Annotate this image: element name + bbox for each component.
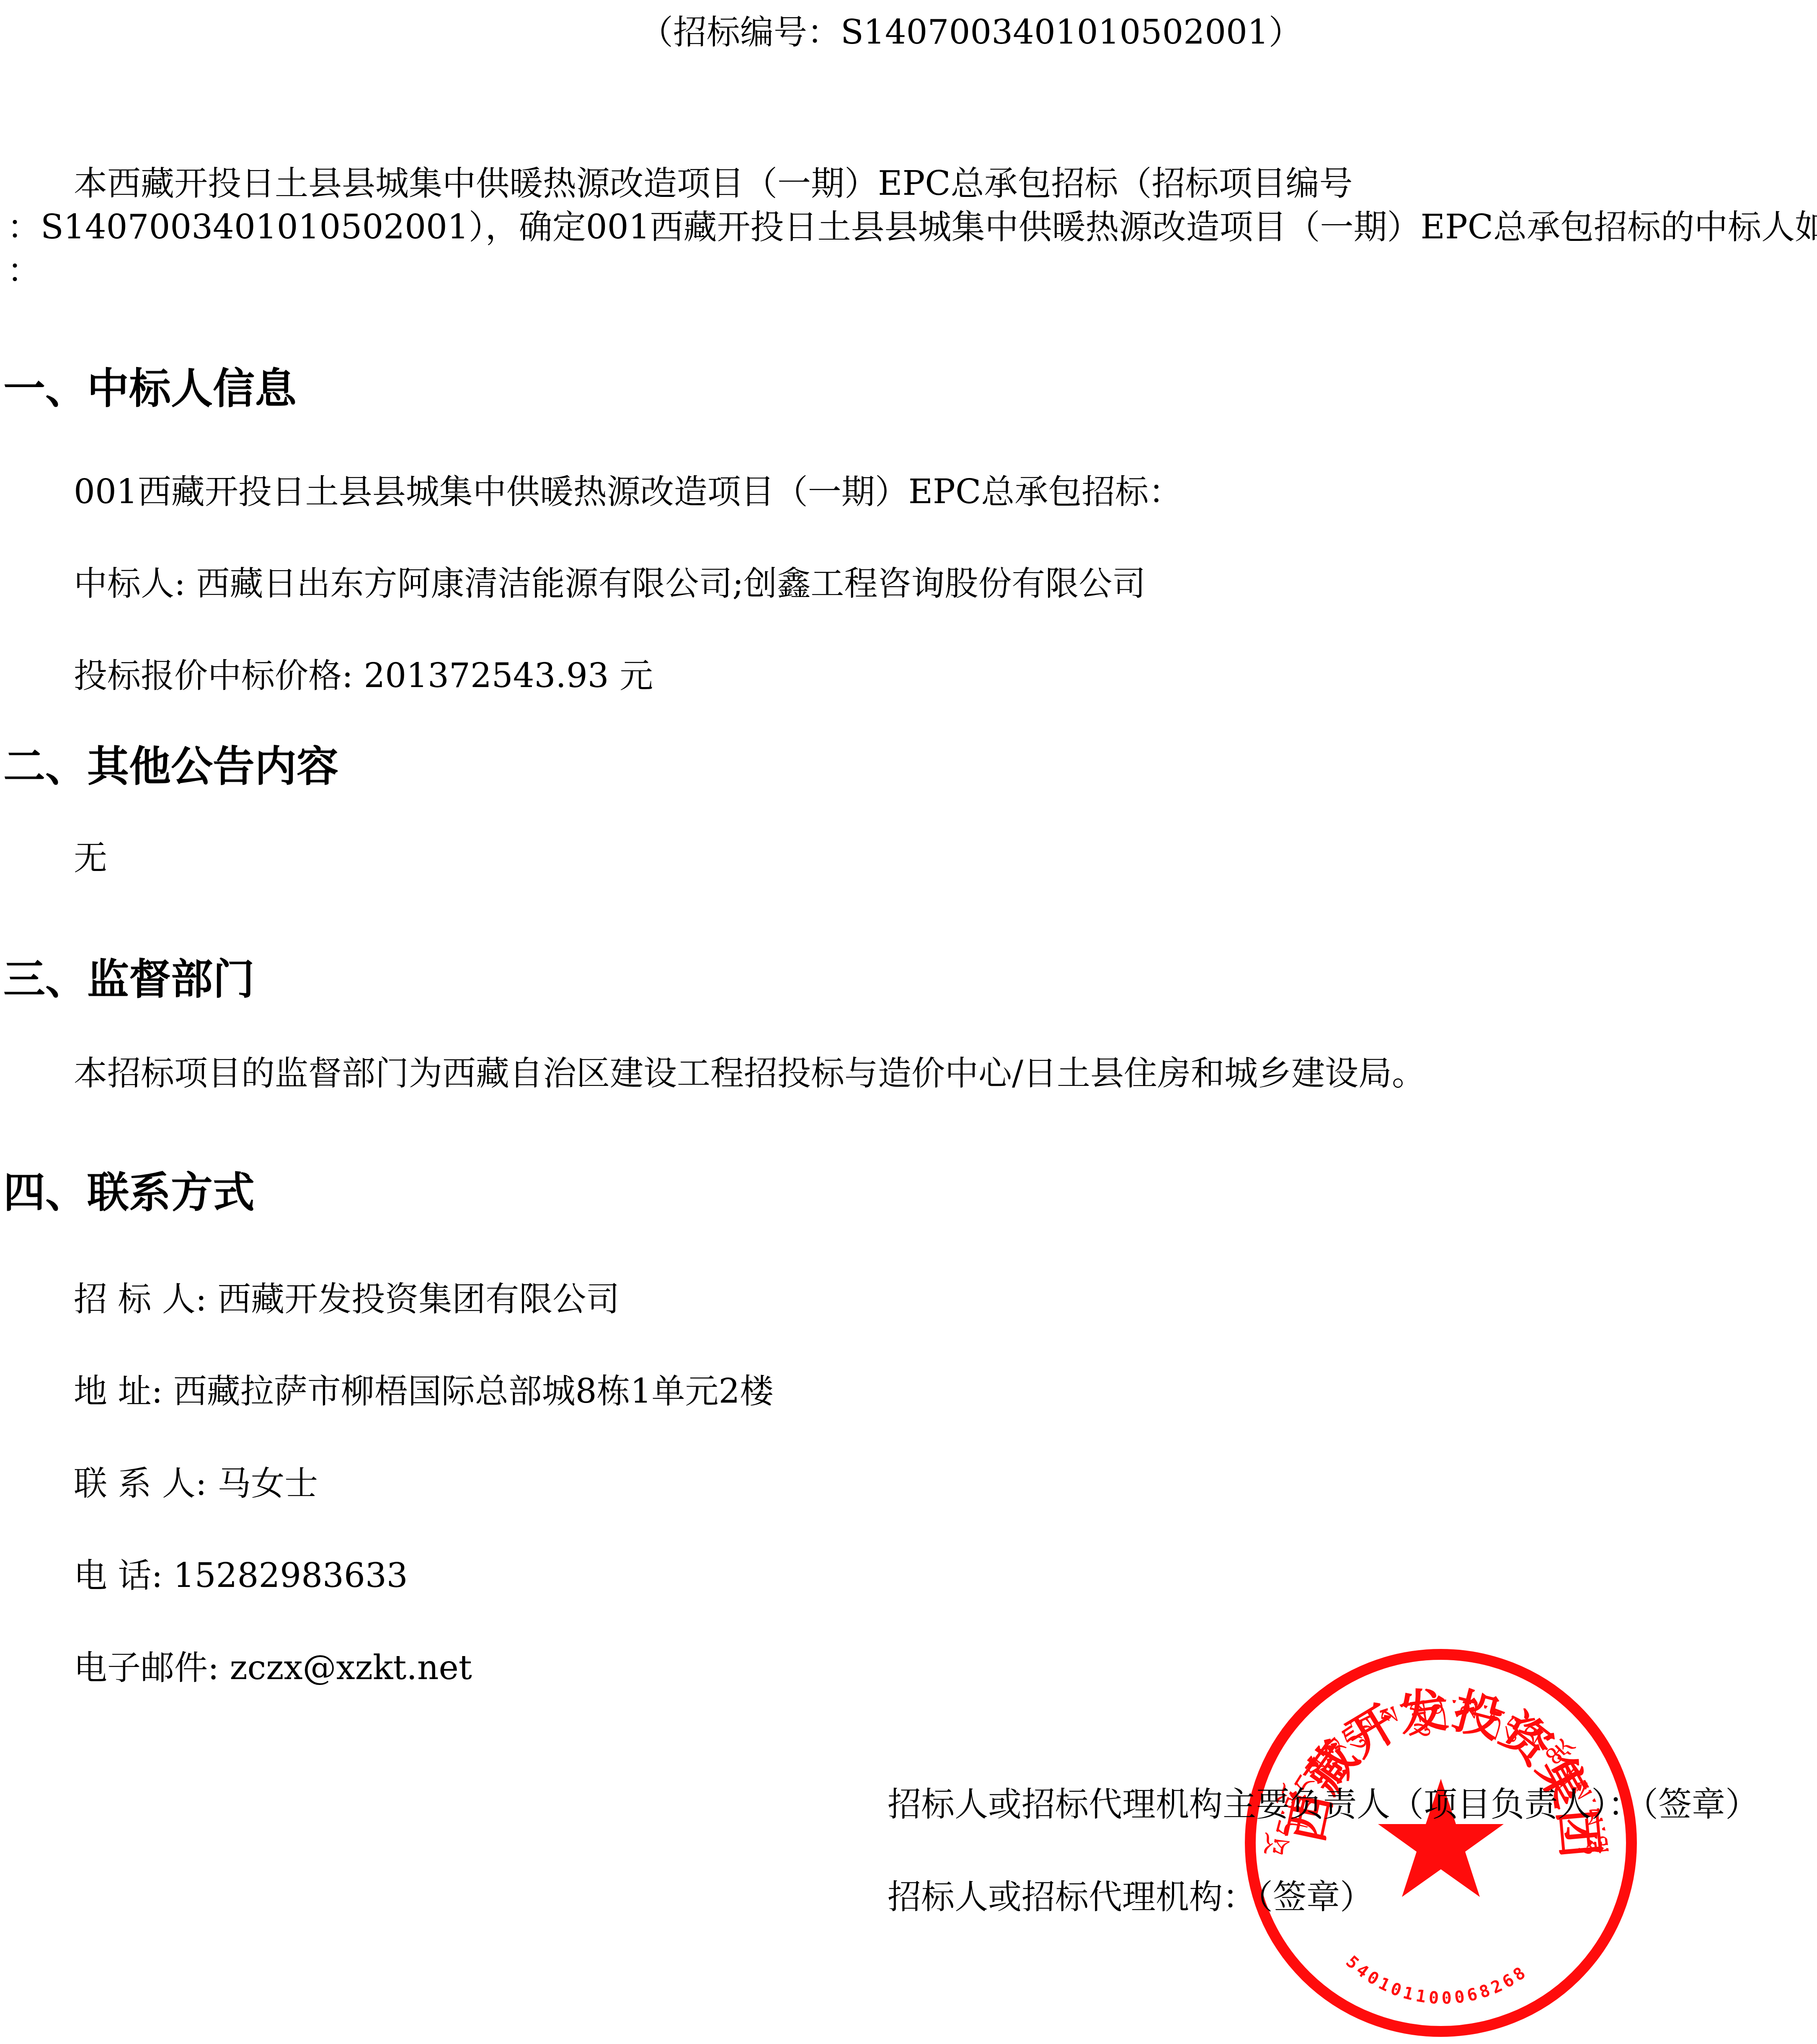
contact-phone: 电 话: 15282983633: [74, 1559, 408, 1592]
winner-label: 中标人:: [74, 564, 196, 603]
signature-line-organization: 招标人或招标代理机构：（签章）: [888, 1880, 1373, 1914]
contact-email: 电子邮件: zczx@xzkt.net: [74, 1651, 472, 1685]
contact-tenderer: 招 标 人: 西藏开发投资集团有限公司: [74, 1282, 619, 1316]
section-heading-winner-info: 一、中标人信息: [3, 368, 297, 410]
supervision-text: 本招标项目的监督部门为西藏自治区建设工程招投标与造价中心/日土县住房和城乡建设局…: [74, 1057, 1425, 1090]
contact-value: zczx@xzkt.net: [230, 1648, 472, 1687]
intro-paragraph-line-1: 本西藏开投日土县县城集中供暖热源改造项目（一期）EPC总承包招标（招标项目编号: [74, 167, 1352, 200]
signature-line-responsible-person: 招标人或招标代理机构主要负责人（项目负责人）：（签章）: [888, 1788, 1759, 1821]
other-content-text: 无: [74, 841, 107, 875]
section-heading-supervision: 三、监督部门: [3, 959, 255, 1000]
contact-value: 马女士: [217, 1464, 318, 1503]
contact-address: 地 址: 西藏拉萨市柳梧国际总部城8栋1单元2楼: [74, 1375, 774, 1408]
official-seal: ཕོད་ལྗོངས་འཛུགས་སྐྲུན་མ་དངུལ་ཚོགས་པ་ལྷན་…: [1244, 1648, 1638, 2038]
bid-price-value: 201372543.93 元: [364, 656, 653, 695]
contact-label: 电 话:: [74, 1556, 173, 1595]
winner-line: 中标人: 西藏日出东方阿康清洁能源有限公司;创鑫工程咨询股份有限公司: [74, 567, 1146, 600]
contact-label: 地 址:: [74, 1372, 173, 1411]
seal-star-icon: ཕོད་ལྗོངས་འཛུགས་སྐྲུན་མ་དངུལ་ཚོགས་པ་ལྷན་…: [1244, 1648, 1638, 2038]
contact-value: 西藏拉萨市柳梧国际总部城8栋1单元2楼: [173, 1372, 774, 1411]
contact-value: 15282983633: [173, 1556, 408, 1595]
contact-label: 联 系 人:: [74, 1464, 217, 1503]
intro-paragraph-line-2: ：S1407003401010502001），确定001西藏开投日土县县城集中供…: [7, 210, 1817, 244]
contact-person: 联 系 人: 马女士: [74, 1467, 318, 1500]
bid-price-line: 投标报价中标价格: 201372543.93 元: [74, 659, 653, 693]
winner-value: 西藏日出东方阿康清洁能源有限公司;创鑫工程咨询股份有限公司: [196, 564, 1146, 603]
bid-price-label: 投标报价中标价格:: [74, 656, 364, 695]
contact-label: 招 标 人:: [74, 1279, 217, 1318]
section-heading-other-content: 二、其他公告内容: [3, 746, 338, 788]
contact-value: 西藏开发投资集团有限公司: [217, 1279, 619, 1318]
tender-number-line: （招标编号：S1407003401010502001）: [640, 16, 1302, 49]
intro-paragraph-line-3: ：: [7, 254, 41, 287]
project-name-line: 001西藏开投日土县县城集中供暖热源改造项目（一期）EPC总承包招标：: [74, 475, 1182, 509]
section-heading-contact: 四、联系方式: [3, 1172, 255, 1214]
contact-label: 电子邮件:: [74, 1648, 230, 1687]
svg-text:540101100068268: 540101100068268: [1342, 1952, 1531, 2008]
